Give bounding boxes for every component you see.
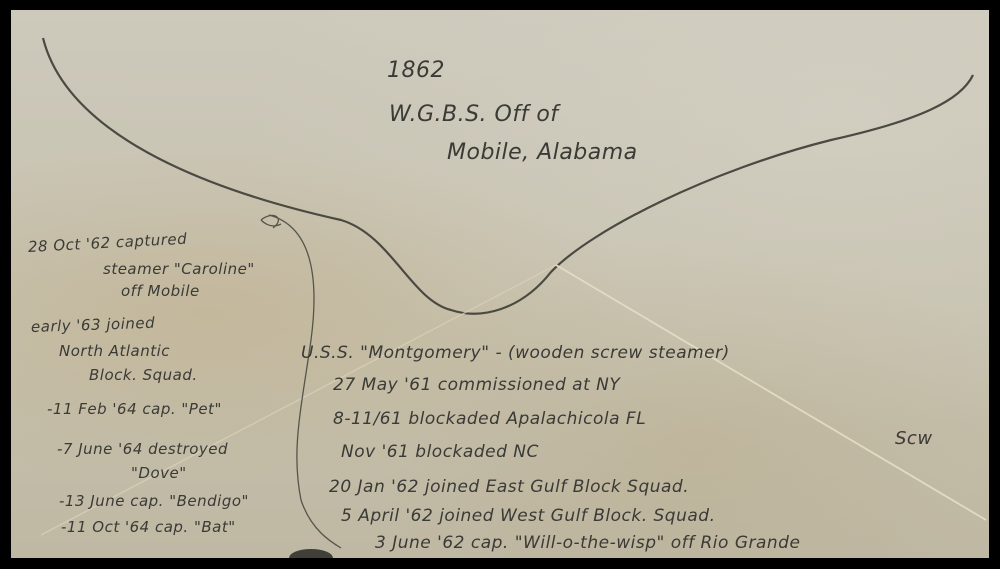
year-note: 1862 [387, 58, 445, 83]
left-note-line: -7 June '64 destroyed [57, 440, 228, 458]
left-note-line: -11 Feb '64 cap. "Pet" [47, 400, 222, 418]
left-note-line: off Mobile [121, 282, 200, 300]
main-note-line: 8-11/61 blockaded Apalachicola FL [333, 409, 646, 429]
left-note-line: steamer "Caroline" [103, 260, 255, 278]
left-note-line: Block. Squad. [89, 366, 198, 384]
envelope-back: 1862 W.G.B.S. Off of Mobile, Alabama 28 … [11, 10, 989, 558]
main-note-line: 20 Jan '62 joined East Gulf Block Squad. [329, 477, 689, 497]
main-note-line: 3 June '62 cap. "Will-o-the-wisp" off Ri… [375, 533, 800, 553]
left-note-line: North Atlantic [59, 342, 170, 360]
squadron-note: W.G.B.S. Off of [389, 102, 559, 127]
left-note-line: -11 Oct '64 cap. "Bat" [61, 518, 236, 536]
location-note: Mobile, Alabama [447, 140, 638, 165]
signature-initials: Scw [895, 428, 933, 449]
main-note-line: U.S.S. "Montgomery" - (wooden screw stea… [301, 343, 730, 363]
left-note-line: "Dove" [131, 464, 187, 482]
main-note-line: Nov '61 blockaded NC [341, 442, 539, 462]
left-note-line: -13 June cap. "Bendigo" [59, 492, 249, 510]
main-note-line: 27 May '61 commissioned at NY [333, 375, 620, 395]
main-note-line: 5 April '62 joined West Gulf Block. Squa… [341, 506, 715, 526]
